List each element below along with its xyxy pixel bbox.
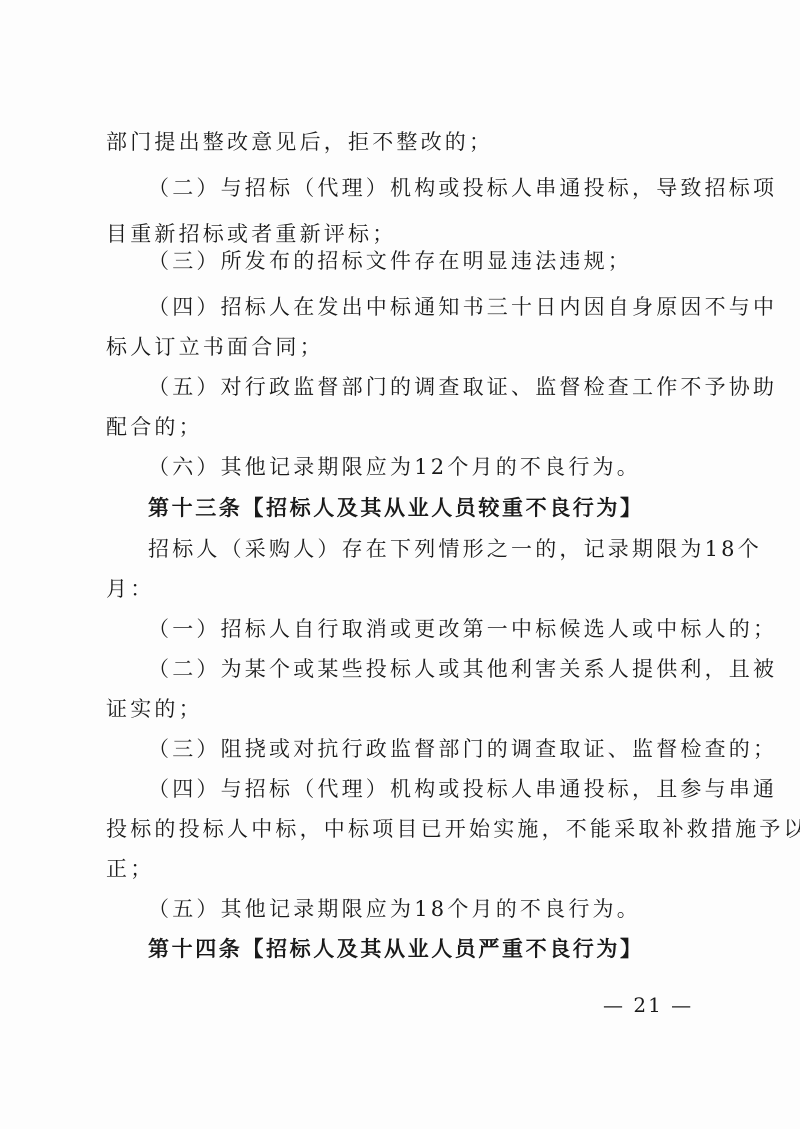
text-line: （五）对行政监督部门的调查取证、监督检查工作不予协助 <box>148 373 777 401</box>
text-line: 标人订立书面合同； <box>106 333 324 361</box>
text-line: 投标的投标人中标，中标项目已开始实施，不能采取补救措施予以纠 <box>106 815 800 843</box>
article-heading: 第十三条【招标人及其从业人员较重不良行为】 <box>148 494 644 522</box>
text-line: 证实的； <box>106 695 203 723</box>
text-line: 正； <box>106 855 154 883</box>
text-line: （三）阻挠或对抗行政监督部门的调查取证、监督检查的； <box>148 735 777 763</box>
text-line: （四）招标人在发出中标通知书三十日内因自身原因不与中 <box>148 293 777 321</box>
text-line: 月： <box>106 575 154 603</box>
document-page: 部门提出整改意见后，拒不整改的； （二）与招标（代理）机构或投标人串通投标，导致… <box>0 0 800 1129</box>
text-line: （五）其他记录期限应为18个月的不良行为。 <box>148 895 641 923</box>
text-line: （三）所发布的招标文件存在明显违法违规； <box>148 247 632 275</box>
text-line: （二）与招标（代理）机构或投标人串通投标，导致招标项 <box>148 174 777 202</box>
text-line: （六）其他记录期限应为12个月的不良行为。 <box>148 453 641 481</box>
page-number: — 21 — <box>603 993 693 1017</box>
text-line: 配合的； <box>106 413 203 441</box>
text-line: （二）为某个或某些投标人或其他利害关系人提供利，且被 <box>148 655 777 683</box>
text-line: 目重新招标或者重新评标； <box>106 220 396 248</box>
text-line: （四）与招标（代理）机构或投标人串通投标，且参与串通 <box>148 775 777 803</box>
article-heading: 第十四条【招标人及其从业人员严重不良行为】 <box>148 935 644 963</box>
text-line: 部门提出整改意见后，拒不整改的； <box>106 128 493 156</box>
text-line: 招标人（采购人）存在下列情形之一的，记录期限为18个 <box>148 535 762 563</box>
text-line: （一）招标人自行取消或更改第一中标候选人或中标人的； <box>148 615 777 643</box>
